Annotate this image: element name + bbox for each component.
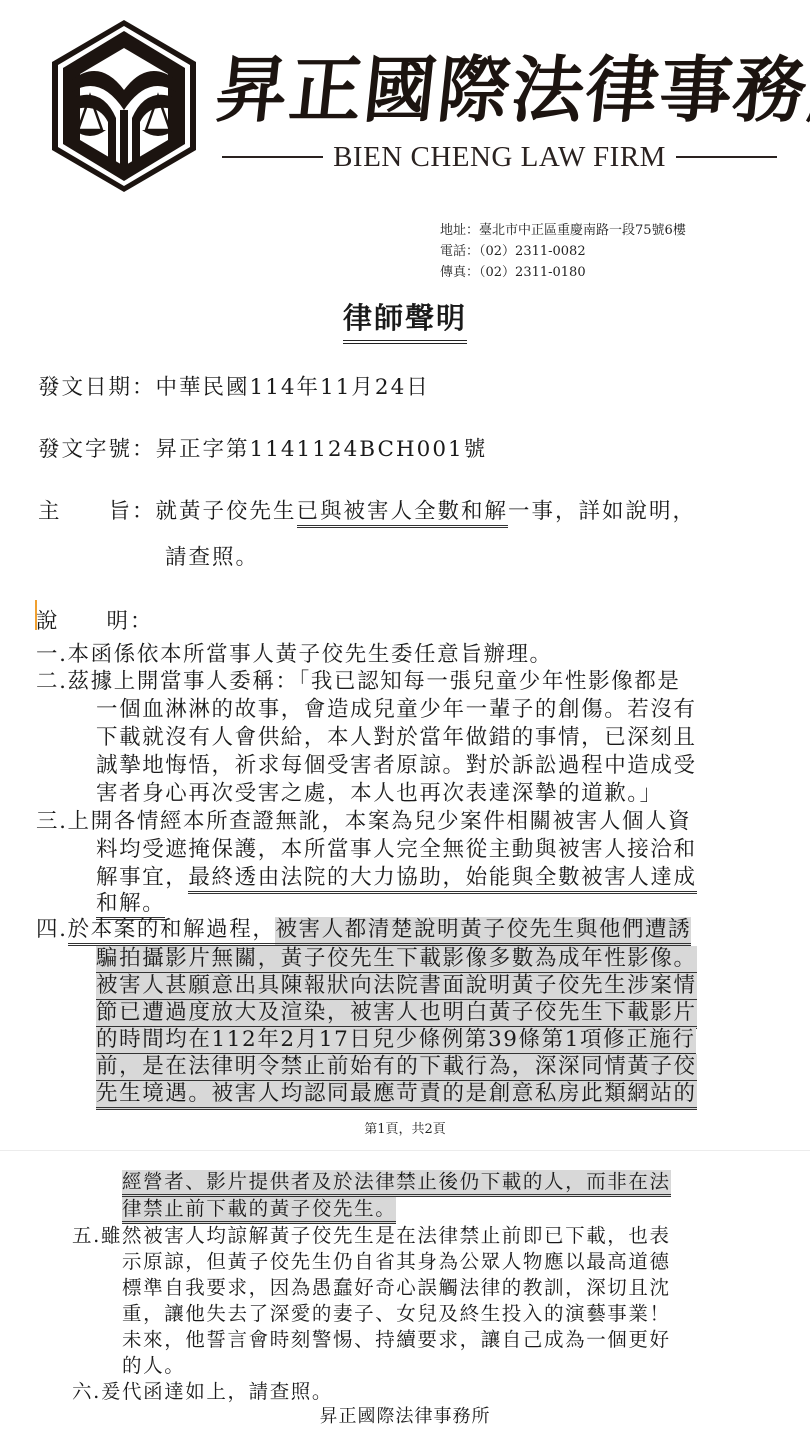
subject-label: 主 旨：: [38, 499, 156, 524]
address: 地址：臺北市中正區重慶南路一段75號6樓: [440, 220, 686, 241]
item-six: 六.爰代函達如上，請查照。: [72, 1376, 333, 1404]
item-five-line-4: 重，讓他失去了深愛的妻子、女兒及終生投入的演藝事業！: [122, 1298, 671, 1326]
fax: 傳真：（02）2311-0180: [440, 262, 686, 283]
decorative-rule-left: [222, 156, 323, 158]
issue-date-label: 發文日期：: [38, 375, 156, 400]
item-three-line-1: 三.上開各情經本所查證無訛，本案為兒少案件相關被害人個人資: [36, 804, 691, 835]
firm-name-chinese: 昇正國際法律事務所: [211, 40, 782, 140]
item-four-line-1: 四.於本案的和解過程，被害人都清楚說明黃子佼先生與他們遭誘: [36, 912, 691, 943]
signature: 昇正國際法律事務所: [0, 1402, 810, 1428]
item-text: 上開各情經本所查證無訛，本案為兒少案件相關被害人個人資: [68, 809, 692, 834]
item-five-line-3: 標準自我要求，因為愚蠢好奇心誤觸法律的教訓，深切且沈: [122, 1272, 671, 1300]
item-text-highlighted: 先生境遇。被害人均認同最應苛責的是創意私房此類網站的: [96, 1081, 697, 1110]
item-number: 四.: [36, 917, 68, 942]
scales-of-justice-hexagon-icon: [50, 18, 198, 194]
item-two-line-1: 二.茲據上開當事人委稱：「我已認知每一張兒童少年性影像都是: [36, 664, 681, 695]
phone: 電話：（02）2311-0082: [440, 241, 686, 262]
item-two-line-5: 害者身心再次受害之處，本人也再次表達深摯的道歉。」: [96, 776, 663, 807]
firm-name-english: BIEN CHENG LAW FIRM: [333, 141, 666, 174]
document-title-text: 律師聲明: [343, 296, 467, 344]
decorative-rule-right: [676, 156, 777, 158]
item-number: 二.: [36, 669, 68, 694]
item-two-line-2: 一個血淋淋的故事，會造成兒童少年一輩子的創傷。若沒有: [96, 692, 697, 723]
item-three-line-2: 料均受遮掩保護，本所當事人完全無從主動與被害人接洽和: [96, 832, 697, 863]
firm-name-english-row: BIEN CHENG LAW FIRM: [222, 140, 777, 174]
item-number: 六.: [72, 1380, 101, 1403]
contact-block: 地址：臺北市中正區重慶南路一段75號6樓 電話：（02）2311-0082 傳真…: [440, 220, 686, 283]
item-four-continued-line-2: 律禁止前下載的黃子佼先生。: [122, 1193, 396, 1221]
doc-number-value: 昇正字第1141124BCH001號: [156, 437, 488, 462]
item-text: 雖然被害人均諒解黃子佼先生是在法律禁止前即已下載，也表: [101, 1224, 671, 1247]
item-text-underlined: 最終透由法院的大力協助，始能與全數被害人達成: [188, 865, 696, 894]
issue-date-row: 發文日期：中華民國114年11月24日: [38, 370, 430, 401]
explanation-label: 說 明：: [36, 604, 154, 635]
doc-number-row: 發文字號：昇正字第1141124BCH001號: [38, 432, 487, 463]
subject-line-2: 請查照。: [165, 540, 259, 571]
item-five-line-5: 未來，他誓言會時刻警惕、持續要求，讓自己成為一個更好: [122, 1324, 671, 1352]
page-number: 第1頁，共2頁: [0, 1118, 810, 1137]
item-four-line-7: 先生境遇。被害人均認同最應苛責的是創意私房此類網站的: [96, 1076, 697, 1107]
subject-post: 一事，詳如說明，: [508, 499, 696, 524]
page-break: [0, 1150, 810, 1151]
subject-underlined: 已與被害人全數和解: [297, 499, 509, 528]
item-four-continued-line-1: 經營者、影片提供者及於法律禁止後仍下載的人，而非在法: [122, 1166, 671, 1194]
item-five-line-2: 示原諒，但黃子佼先生仍自省其身為公眾人物應以最高道德: [122, 1246, 671, 1274]
item-three-line-3: 解事宜，最終透由法院的大力協助，始能與全數被害人達成: [96, 860, 697, 891]
subject-pre: 就黃子佼先生: [156, 499, 297, 524]
item-two-line-4: 誠摯地悔悟，祈求每個受害者原諒。對於訴訟過程中造成受: [96, 748, 697, 779]
issue-date-value: 中華民國114年11月24日: [156, 375, 430, 400]
item-text: 茲據上開當事人委稱：「我已認知每一張兒童少年性影像都是: [68, 669, 681, 694]
item-two-line-3: 下載就沒有人會供給，本人對於當年做錯的事情，已深刻且: [96, 720, 697, 751]
item-number: 三.: [36, 809, 68, 834]
item-five-line-1: 五.雖然被害人均諒解黃子佼先生是在法律禁止前即已下載，也表: [72, 1220, 671, 1248]
item-text: 爰代函達如上，請查照。: [101, 1380, 333, 1403]
item-number: 五.: [72, 1224, 101, 1247]
item-five-line-6: 的人。: [122, 1350, 185, 1378]
firm-logo: [50, 18, 198, 194]
subject-row: 主 旨：就黃子佼先生已與被害人全數和解一事，詳如說明，: [38, 494, 696, 525]
doc-number-label: 發文字號：: [38, 437, 156, 462]
document-title: 律師聲明: [0, 296, 810, 344]
